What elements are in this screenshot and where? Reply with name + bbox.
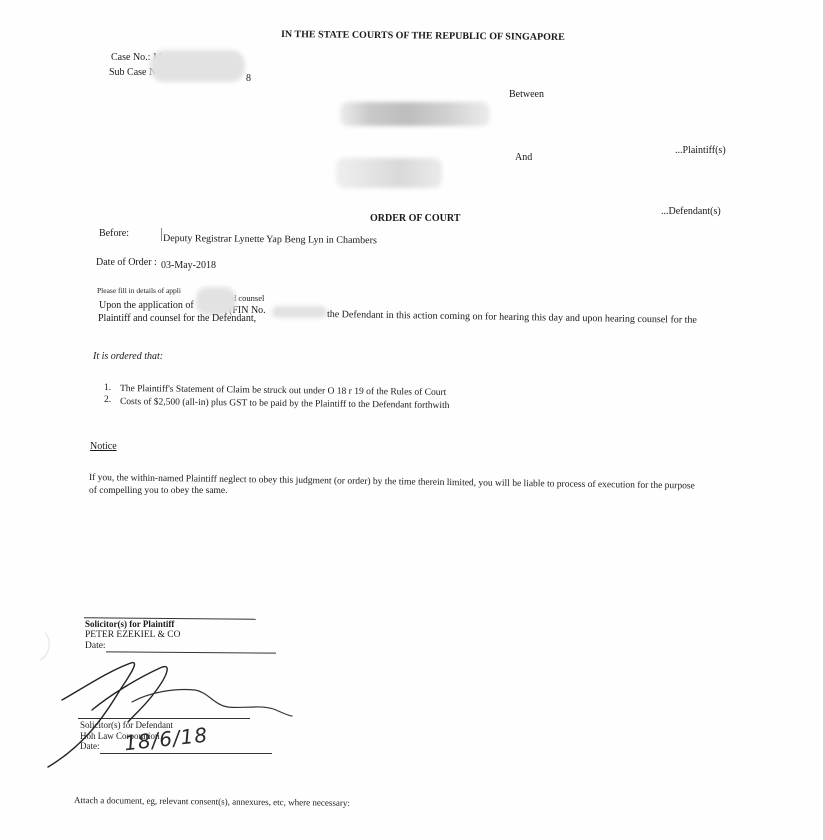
ordered-intro: It is ordered that: (93, 351, 163, 363)
notice-line-2: of compelling you to obey the same. (89, 485, 228, 497)
redacted-case-number (150, 50, 245, 82)
between-label: Between (509, 89, 544, 101)
redacted-plaintiff-name (340, 102, 490, 126)
order-title: ORDER OF COURT (370, 213, 460, 225)
instruction-note-start: Please fill in details of appli (97, 285, 181, 297)
redacted-applicant-name (196, 287, 236, 315)
plaintiff-label: ...Plaintiff(s) (675, 145, 726, 157)
sub-case-no-suffix: 8 (246, 73, 251, 85)
notice-heading: Notice (90, 441, 117, 453)
before-value[interactable]: Deputy Registrar Lynette Yap Beng Lyn in… (163, 233, 377, 247)
plaintiff-date-label: Date: (85, 640, 106, 652)
plaintiff-date-line[interactable] (106, 651, 276, 653)
redacted-defendant-name (336, 158, 442, 188)
application-line2: Plaintiff and counsel for the Defendant, (98, 313, 256, 325)
field-border (161, 228, 162, 241)
before-label: Before: (99, 228, 129, 240)
order-item-number: 2. (104, 394, 111, 406)
and-label: And (515, 152, 532, 164)
court-order-page: IN THE STATE COURTS OF THE REPUBLIC OF S… (0, 0, 825, 840)
application-start: Upon the application of (99, 300, 194, 312)
instruction-note-end: d counsel (232, 292, 264, 304)
redacted-fin-number (272, 306, 327, 318)
attachment-note: Attach a document, eg, relevant consent(… (74, 794, 350, 809)
handwritten-date: 18/6/18 (124, 729, 209, 750)
handwritten-signature-icon (0, 0, 825, 840)
date-of-order-label: Date of Order : (96, 257, 157, 269)
court-heading: IN THE STATE COURTS OF THE REPUBLIC OF S… (281, 29, 565, 44)
defendant-date-label: Date: (80, 740, 100, 752)
application-continued: the Defendant in this action coming on f… (327, 309, 697, 327)
defendant-label: ...Defendant(s) (661, 206, 721, 218)
date-of-order-value[interactable]: 03-May-2018 (161, 260, 216, 272)
order-item-number: 1. (104, 382, 111, 394)
